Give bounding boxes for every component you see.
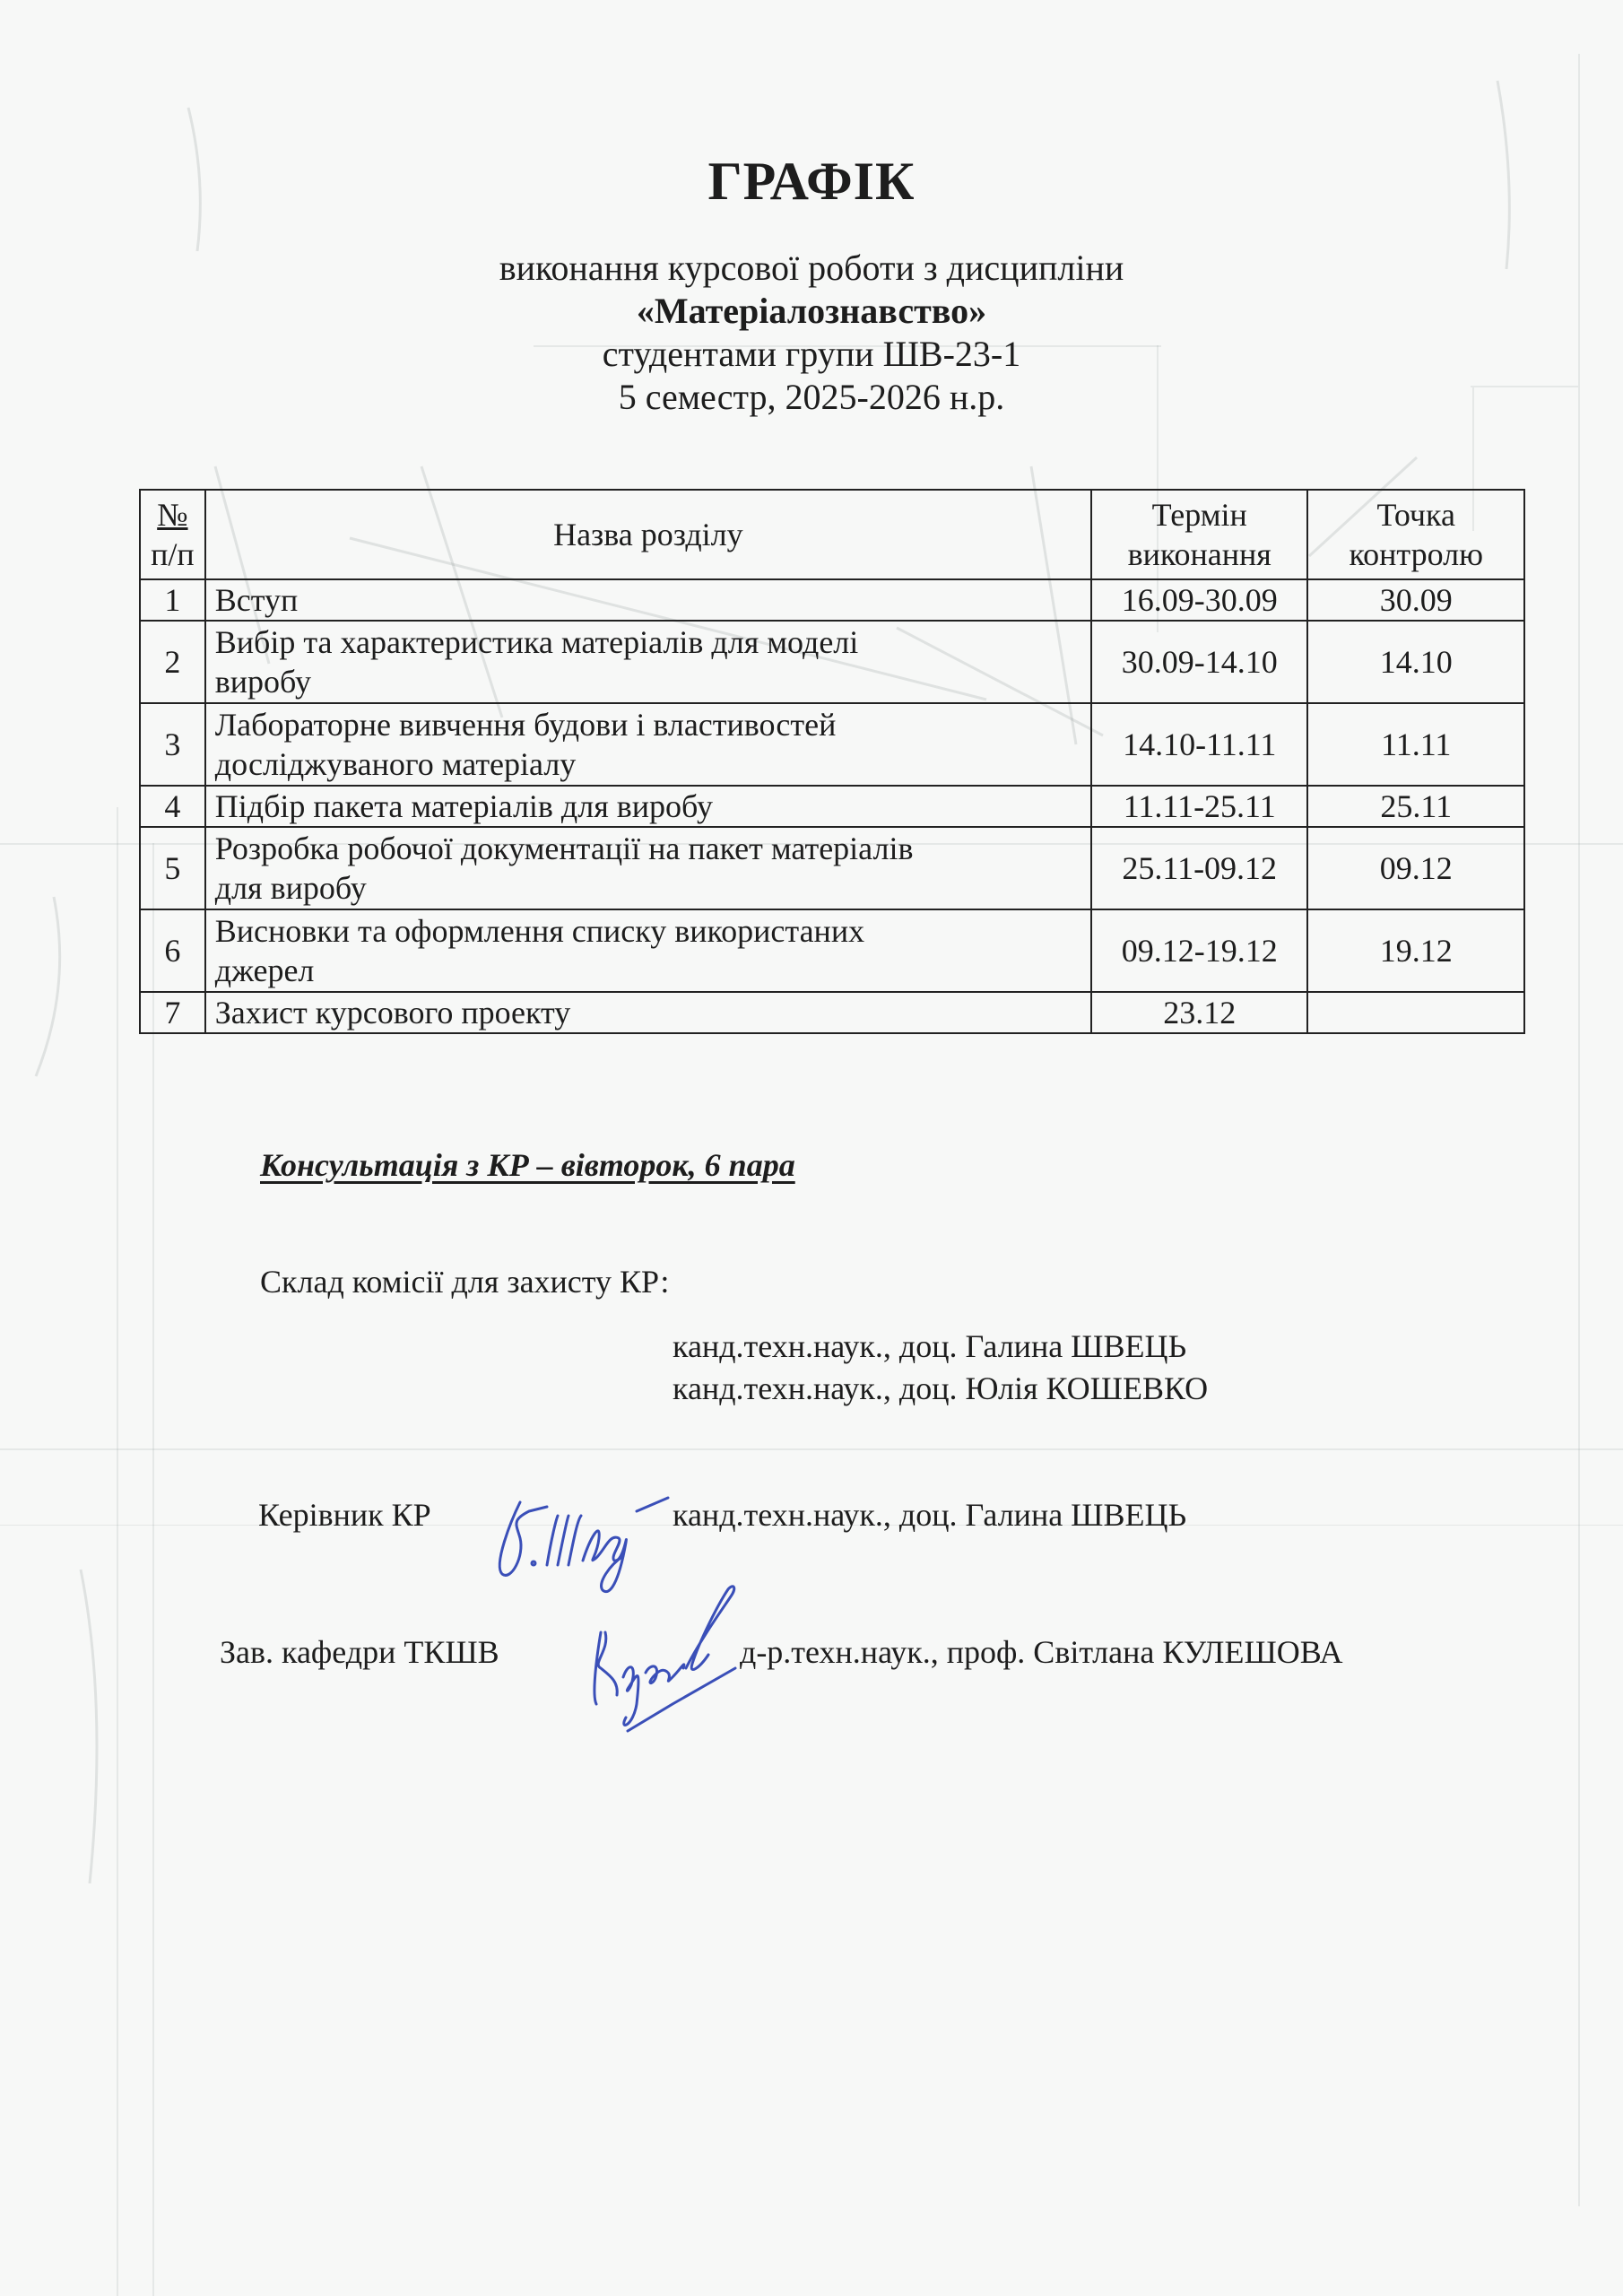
header-term: Термін виконання — [1091, 490, 1308, 579]
table-header-row: № п/п Назва розділу Термін виконання Точ… — [140, 490, 1524, 579]
section-name-line1: Захист курсового проекту — [215, 995, 571, 1031]
term-cell: 09.12-19.12 — [1091, 909, 1308, 992]
control-point-cell — [1307, 992, 1524, 1033]
header-term-line1: Термін — [1152, 497, 1247, 533]
header-number: № п/п — [140, 490, 205, 579]
header-number-sign: № — [157, 497, 187, 533]
section-name-line1: Розробка робочої документації на пакет м… — [215, 831, 914, 866]
section-name-line1: Висновки та оформлення списку використан… — [215, 913, 864, 949]
section-name-line1: Підбір пакета матеріалів для виробу — [215, 788, 713, 824]
section-name-line1: Лабораторне вивчення будови і властивост… — [215, 707, 837, 743]
table-row: 7Захист курсового проекту23.12 — [140, 992, 1524, 1033]
schedule-body: 1Вступ16.09-30.0930.092Вибір та характер… — [140, 579, 1524, 1033]
header-term-line2: виконання — [1128, 536, 1271, 572]
section-name-line2: джерел — [215, 952, 315, 988]
row-number: 5 — [140, 827, 205, 909]
section-name: Захист курсового проекту — [205, 992, 1091, 1033]
discipline-name: «Матеріалознавство» — [0, 290, 1623, 333]
section-name: Вибір та характеристика матеріалів для м… — [205, 621, 1091, 703]
section-name-line1: Вибір та характеристика матеріалів для м… — [215, 624, 859, 660]
group-line: студентами групи ШВ-23-1 — [0, 333, 1623, 376]
subtitle-line: виконання курсової роботи з дисципліни — [0, 247, 1623, 290]
section-name-line2: досліджуваного матеріалу — [215, 746, 577, 782]
consultation-note: Консультація з КР – вівторок, 6 пара — [260, 1146, 795, 1184]
table-row: 1Вступ16.09-30.0930.09 — [140, 579, 1524, 621]
section-name: Висновки та оформлення списку використан… — [205, 909, 1091, 992]
term-cell: 23.12 — [1091, 992, 1308, 1033]
section-name: Лабораторне вивчення будови і властивост… — [205, 703, 1091, 786]
control-point-cell: 14.10 — [1307, 621, 1524, 703]
control-point-cell: 11.11 — [1307, 703, 1524, 786]
control-point-cell: 30.09 — [1307, 579, 1524, 621]
control-point-cell: 19.12 — [1307, 909, 1524, 992]
table-row: 2Вибір та характеристика матеріалів для … — [140, 621, 1524, 703]
section-name-line1: Вступ — [215, 582, 299, 618]
commission-label: Склад комісії для захисту КР: — [260, 1263, 669, 1300]
term-cell: 30.09-14.10 — [1091, 621, 1308, 703]
section-name: Вступ — [205, 579, 1091, 621]
head-of-department-role: Зав. кафедри ТКШВ — [220, 1633, 499, 1671]
commission-member: канд.техн.наук., доц. Юлія КОШЕВКО — [673, 1370, 1208, 1407]
schedule-table: № п/п Назва розділу Термін виконання Точ… — [139, 489, 1525, 1034]
supervisor-role: Керівник КР — [258, 1496, 431, 1534]
section-name-line2: виробу — [215, 664, 311, 700]
table-row: 6Висновки та оформлення списку використа… — [140, 909, 1524, 992]
section-name: Підбір пакета матеріалів для виробу — [205, 786, 1091, 827]
header-number-label: п/п — [151, 536, 195, 572]
term-cell: 16.09-30.09 — [1091, 579, 1308, 621]
section-name-line2: для виробу — [215, 870, 367, 906]
row-number: 3 — [140, 703, 205, 786]
header-section-name: Назва розділу — [205, 490, 1091, 579]
row-number: 2 — [140, 621, 205, 703]
row-number: 4 — [140, 786, 205, 827]
row-number: 7 — [140, 992, 205, 1033]
table-row: 3Лабораторне вивчення будови і властивос… — [140, 703, 1524, 786]
header-control-line2: контролю — [1350, 536, 1483, 572]
row-number: 6 — [140, 909, 205, 992]
section-name: Розробка робочої документації на пакет м… — [205, 827, 1091, 909]
supervisor-name: канд.техн.наук., доц. Галина ШВЕЦЬ — [673, 1496, 1186, 1534]
commission-member: канд.техн.наук., доц. Галина ШВЕЦЬ — [673, 1327, 1186, 1365]
term-cell: 11.11-25.11 — [1091, 786, 1308, 827]
control-point-cell: 25.11 — [1307, 786, 1524, 827]
row-number: 1 — [140, 579, 205, 621]
header-control-line1: Точка — [1377, 497, 1455, 533]
control-point-cell: 09.12 — [1307, 827, 1524, 909]
semester-line: 5 семестр, 2025-2026 н.р. — [0, 376, 1623, 419]
head-of-department-name: д-р.техн.наук., проф. Світлана КУЛЕШОВА — [740, 1633, 1343, 1671]
table-row: 5Розробка робочої документації на пакет … — [140, 827, 1524, 909]
table-row: 4Підбір пакета матеріалів для виробу11.1… — [140, 786, 1524, 827]
term-cell: 14.10-11.11 — [1091, 703, 1308, 786]
term-cell: 25.11-09.12 — [1091, 827, 1308, 909]
document-page: ГРАФІК виконання курсової роботи з дисци… — [0, 0, 1623, 2296]
head-of-department-signature — [574, 1578, 753, 1735]
document-title: ГРАФІК — [0, 151, 1623, 213]
header-control: Точка контролю — [1307, 490, 1524, 579]
